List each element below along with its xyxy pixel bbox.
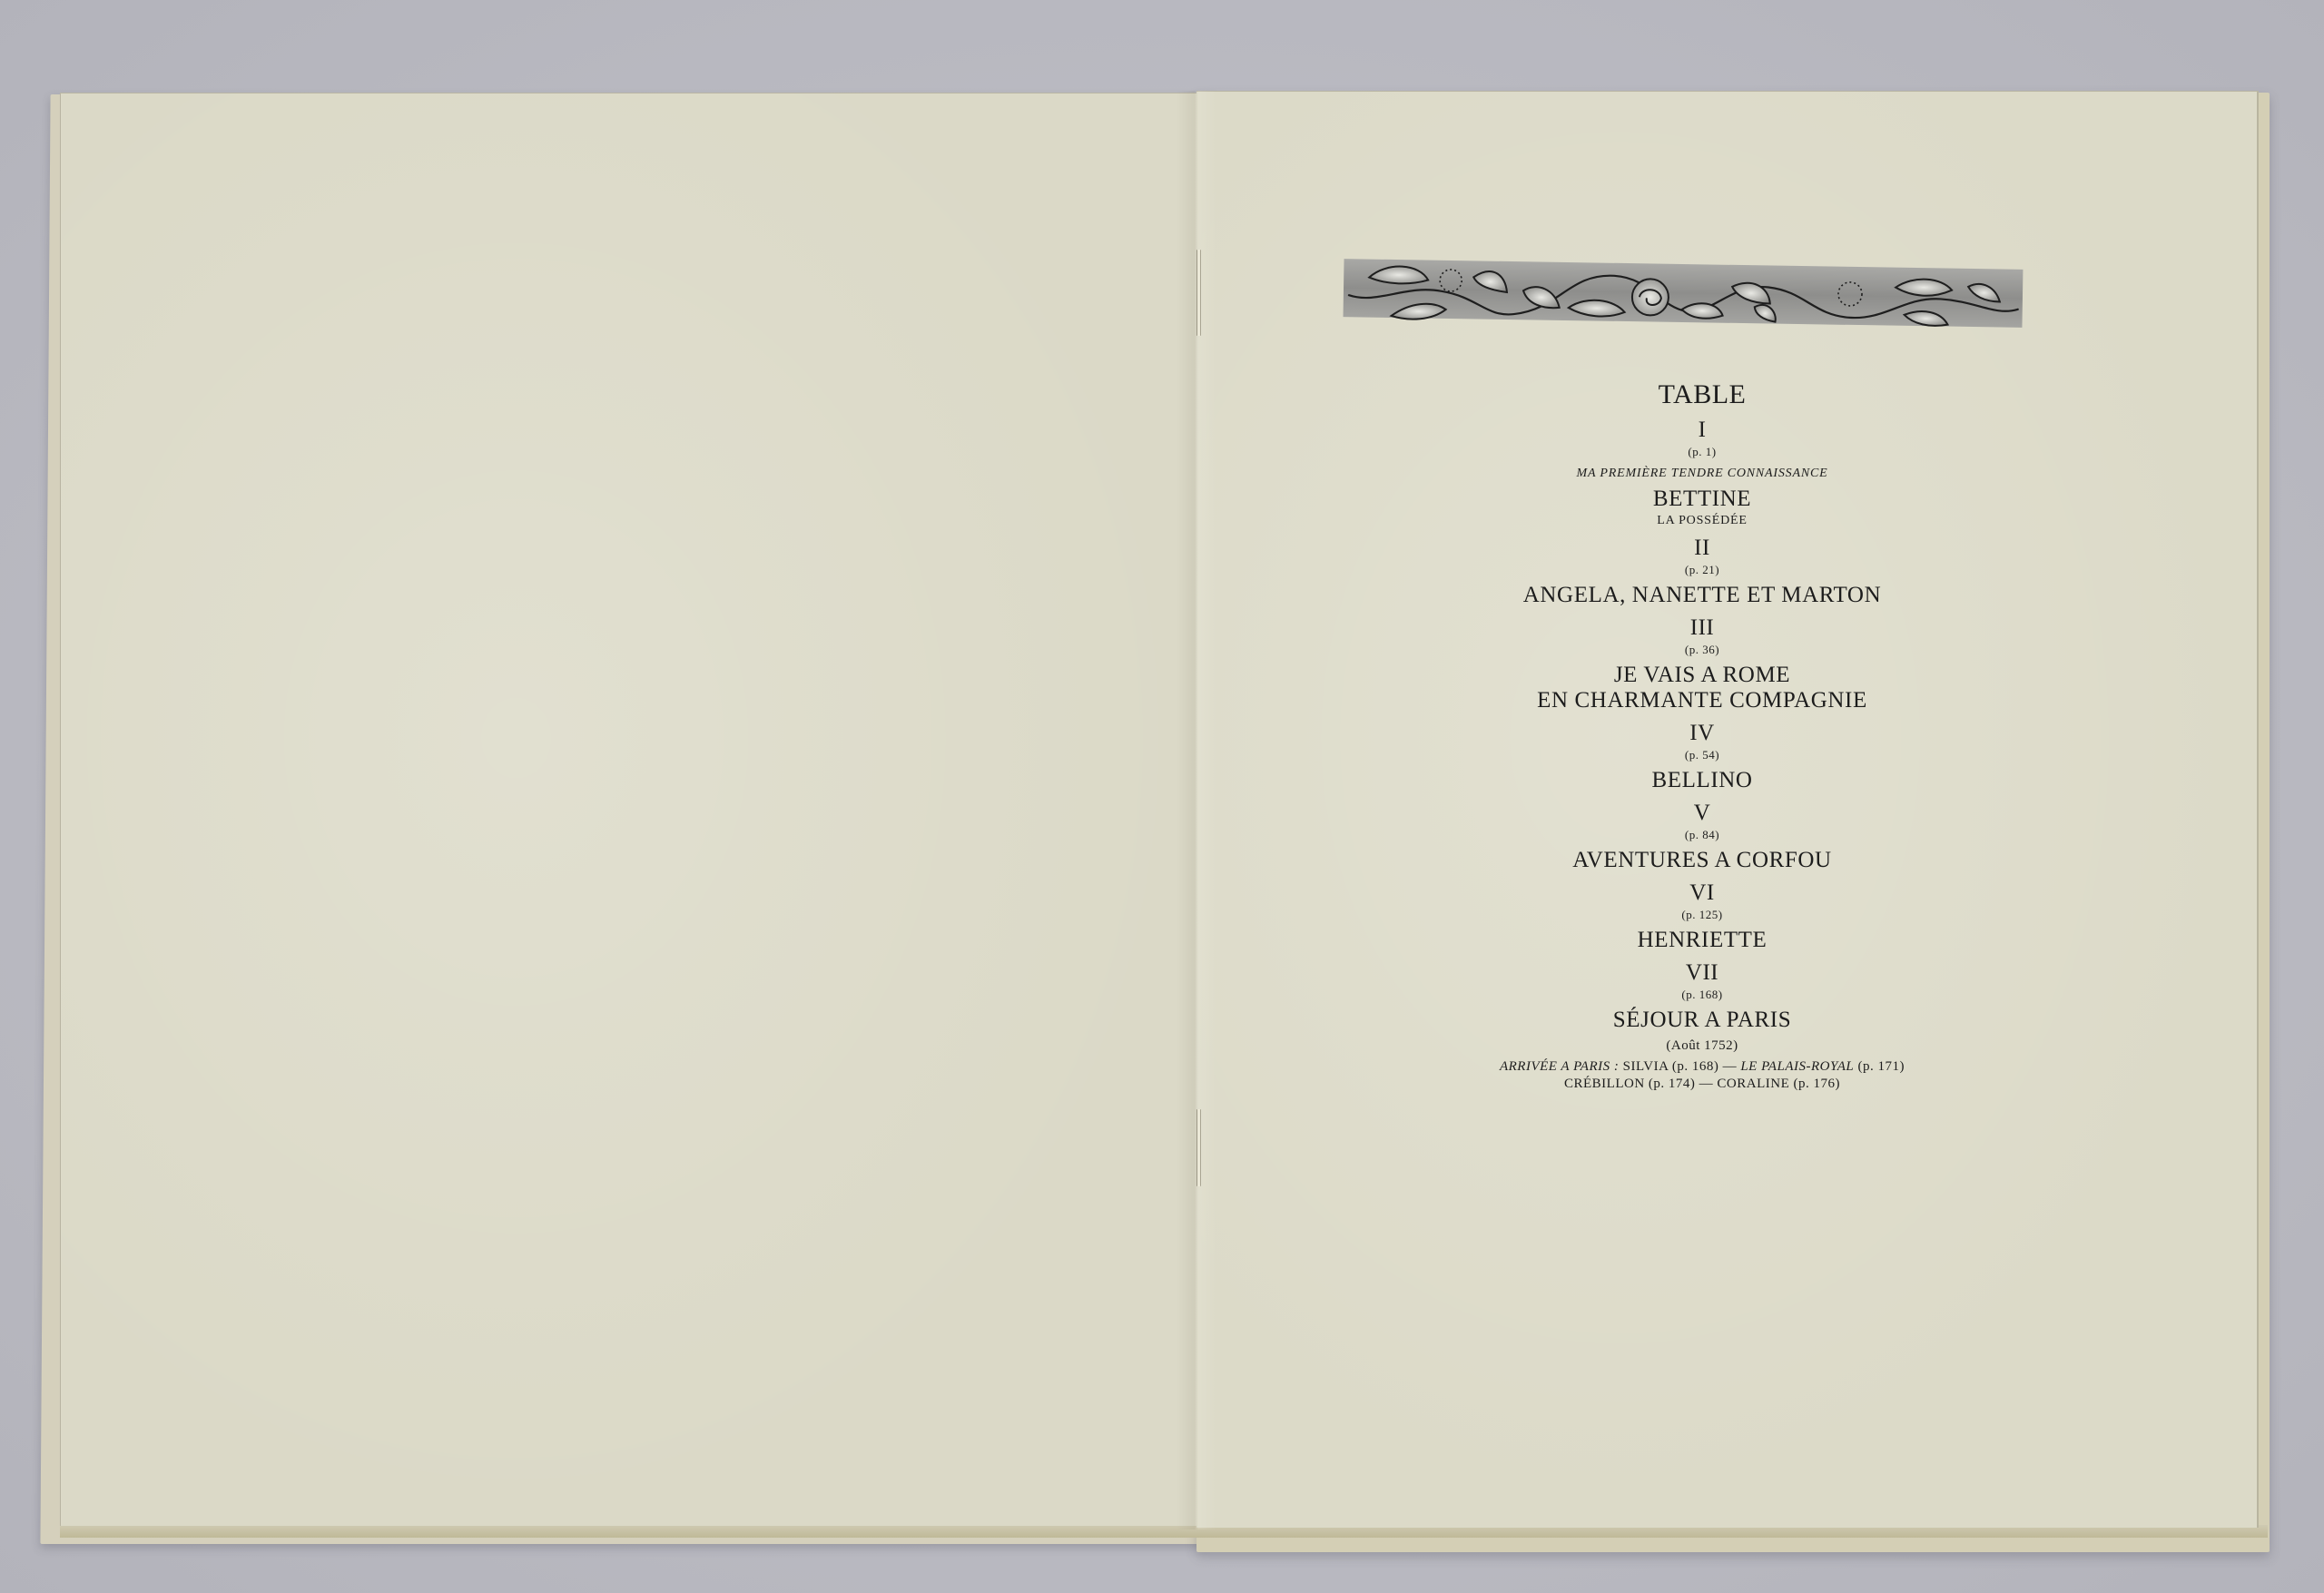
chapter-numeral: I (1344, 418, 2061, 443)
chapter-title: SÉJOUR A PARIS (1344, 1008, 2061, 1033)
chapter-title-line-2: EN CHARMANTE COMPAGNIE (1344, 688, 2061, 713)
chapter-title: ANGELA, NANETTE ET MARTON (1344, 583, 2061, 608)
binding-stitch-bottom (1196, 1109, 1201, 1186)
binding-stitch-top (1196, 250, 1201, 336)
open-book: TABLE I (p. 1) MA PREMIÈRE TENDRE CONNAI… (0, 0, 2324, 1593)
chapter-numeral: VI (1344, 880, 2061, 906)
left-page-blank (60, 93, 1199, 1526)
chapter-subtitle-italic: MA PREMIÈRE TENDRE CONNAISSANCE (1344, 467, 2061, 481)
chapter-numeral: V (1344, 801, 2061, 826)
chapter-page-ref: (p. 36) (1344, 643, 2061, 657)
section-text: SILVIA (p. 168) — (1619, 1059, 1740, 1074)
chapter-sections-line-1: ARRIVÉE A PARIS : SILVIA (p. 168) — LE P… (1344, 1059, 2061, 1075)
chapter-sections-line-2: CRÉBILLON (p. 174) — CORALINE (p. 176) (1344, 1077, 2061, 1092)
chapter-page-ref: (p. 125) (1344, 908, 2061, 922)
chapter-title-line-1: JE VAIS A ROME (1344, 663, 2061, 688)
section-text: (p. 171) (1854, 1059, 1905, 1074)
chapter-page-ref: (p. 168) (1344, 988, 2061, 1002)
table-of-contents: TABLE I (p. 1) MA PREMIÈRE TENDRE CONNAI… (1344, 370, 2061, 1092)
section-italic: ARRIVÉE A PARIS : (1500, 1059, 1619, 1074)
chapter-numeral: VII (1344, 960, 2061, 986)
chapter-numeral: IV (1344, 721, 2061, 746)
chapter-page-ref: (p. 1) (1344, 445, 2061, 459)
chapter-page-ref: (p. 54) (1344, 748, 2061, 762)
chapter-title: HENRIETTE (1344, 928, 2061, 953)
floral-rose-vine-banner-icon (1341, 251, 2024, 333)
chapter-title: BETTINE (1344, 487, 2061, 512)
section-italic: LE PALAIS-ROYAL (1740, 1059, 1854, 1074)
chapter-title: AVENTURES A CORFOU (1344, 848, 2061, 873)
chapter-page-ref: (p. 21) (1344, 563, 2061, 577)
chapter-subtitle: LA POSSÉDÉE (1344, 514, 2061, 528)
chapter-title: BELLINO (1344, 768, 2061, 793)
toc-heading: TABLE (1344, 379, 2061, 410)
chapter-page-ref: (p. 84) (1344, 828, 2061, 842)
chapter-date: (Août 1752) (1344, 1038, 2061, 1054)
chapter-numeral: II (1344, 536, 2061, 561)
chapter-numeral: III (1344, 615, 2061, 641)
